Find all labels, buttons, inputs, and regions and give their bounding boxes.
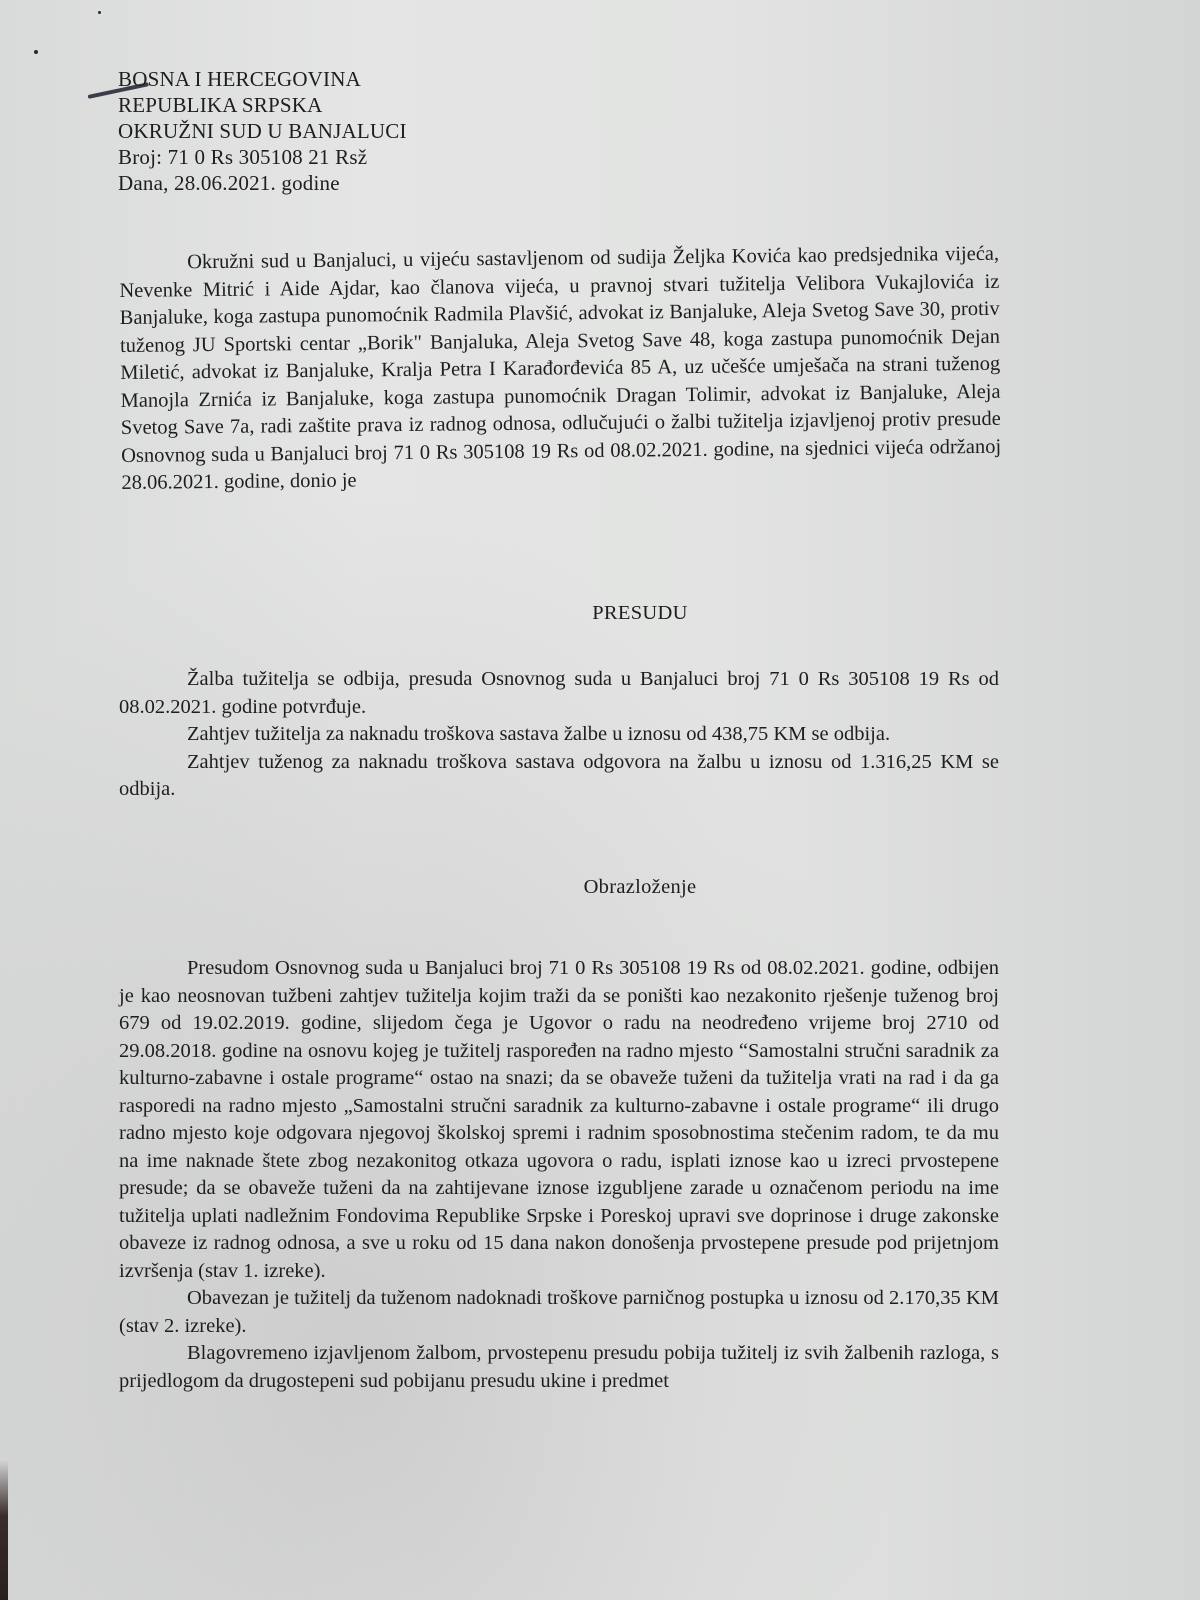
reasoning-paragraph: Blagovremeno izjavljenom žalbom, prvoste…	[119, 1340, 999, 1395]
reasoning-paragraph: Presudom Osnovnog suda u Banjaluci broj …	[119, 955, 999, 1285]
paper-speck	[34, 50, 38, 54]
verdict-paragraph: Zahtjev tužitelja za naknadu troškova sa…	[119, 721, 999, 749]
verdict-section: Žalba tužitelja se odbija, presuda Osnov…	[119, 666, 999, 804]
header-date: Dana, 28.06.2021. godine	[118, 170, 407, 196]
reasoning-title: Obrazloženje	[40, 876, 1200, 899]
page-edge-shadow	[0, 1460, 8, 1600]
header-court: OKRUŽNI SUD U BANJALUCI	[118, 118, 407, 144]
verdict-paragraph: Zahtjev tuženog za naknadu troškova sast…	[119, 749, 999, 804]
intro-section: Okružni sud u Banjaluci, u vijeću sastav…	[119, 241, 1002, 498]
header-entity: REPUBLIKA SRPSKA	[118, 92, 407, 118]
intro-paragraph: Okružni sud u Banjaluci, u vijeću sastav…	[119, 241, 1002, 498]
paper-speck	[98, 11, 101, 14]
header-country: BOSNA I HERCEGOVINA	[118, 66, 407, 92]
header-case-number: Broj: 71 0 Rs 305108 21 Rsž	[118, 144, 407, 170]
court-header: BOSNA I HERCEGOVINA REPUBLIKA SRPSKA OKR…	[118, 66, 407, 196]
verdict-paragraph: Žalba tužitelja se odbija, presuda Osnov…	[119, 666, 999, 721]
verdict-title: PRESUDU	[40, 602, 1200, 625]
reasoning-section: Presudom Osnovnog suda u Banjaluci broj …	[119, 955, 999, 1395]
reasoning-paragraph: Obavezan je tužitelj da tuženom nadoknad…	[119, 1285, 999, 1340]
